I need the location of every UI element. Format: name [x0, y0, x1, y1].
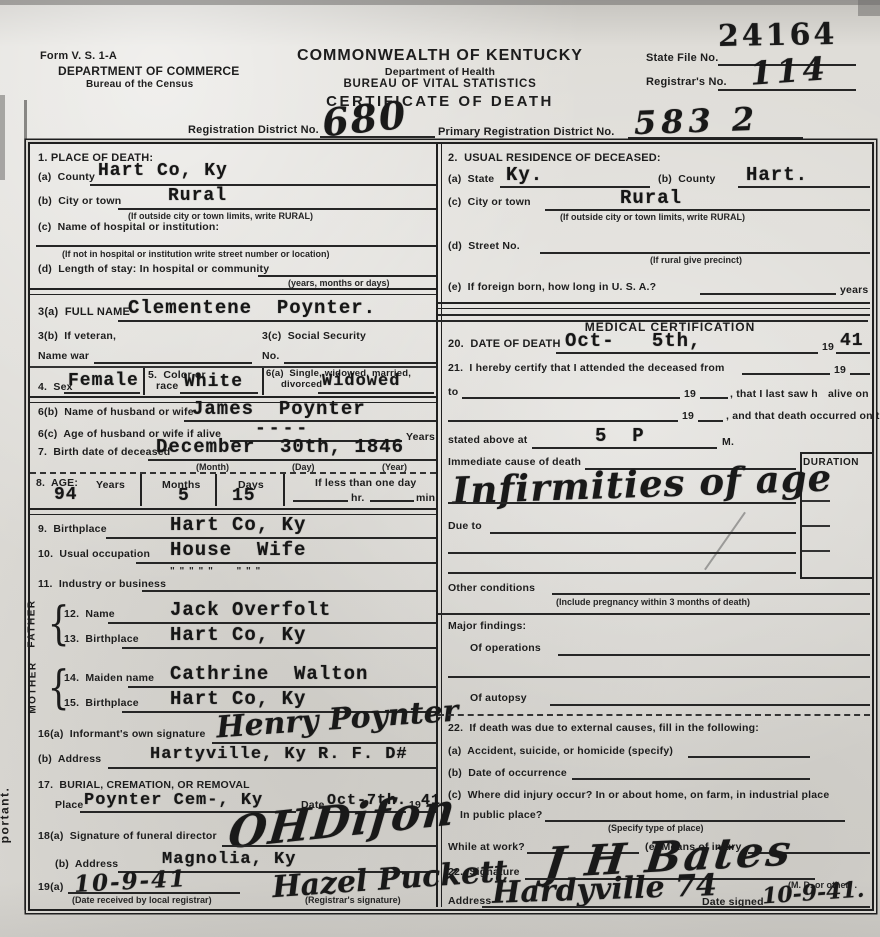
scan-artifact [858, 0, 880, 16]
birth-cap-year: (Year) [382, 462, 407, 472]
res-county-label: (b) County [658, 173, 716, 185]
certify-line1: 21. I hereby certify that I attended the… [448, 362, 725, 374]
external-a-line [688, 756, 810, 758]
date-of-death-year-prefix: 19 [822, 341, 834, 353]
date-of-death-line [556, 352, 818, 354]
father-side-label: FATHER [27, 599, 38, 647]
informant-sig-label: 16(a) Informant's own signature [38, 728, 206, 740]
divider [438, 302, 870, 309]
of-autopsy-label: Of autopsy [470, 692, 527, 704]
res-foreign-label: (e) If foreign born, how long in U. S. A… [448, 281, 656, 293]
res-street-line [540, 252, 870, 254]
registrar-date-caption: (Date received by local registrar) [72, 895, 212, 905]
certify-line3-blank [448, 420, 678, 422]
hospital-line [36, 245, 436, 247]
major-findings-label: Major findings: [448, 620, 526, 632]
color-label2: race [156, 380, 178, 392]
time-of-death-value: 5 P [595, 425, 645, 447]
occupation-label: 10. Usual occupation [38, 548, 150, 560]
ssn-label: 3(c) Social Security [262, 330, 366, 342]
full-name-label: 3(a) FULL NAME [38, 306, 130, 318]
industry-line [142, 590, 436, 592]
other-conditions-line [552, 593, 870, 595]
external-c2-label: In public place? [460, 809, 543, 821]
birthplace-label: 9. Birthplace [38, 523, 107, 535]
certify-line2-alive: alive on [828, 388, 869, 400]
ssn-line [284, 362, 436, 364]
primary-district-label: Primary Registration District No. [438, 126, 615, 138]
divider [438, 714, 870, 716]
primary-district-value: 583 2 [633, 100, 759, 142]
spouse-name-label: 6(b) Name of husband or wife [38, 406, 194, 418]
birth-date-value: December 30th, 1846 [156, 436, 404, 458]
due-to-label: Due to [448, 520, 482, 532]
bureau-of-vital-statistics: BUREAU OF VITAL STATISTICS [290, 78, 590, 90]
age-hr-line [293, 500, 348, 502]
of-operations-label: Of operations [470, 642, 541, 654]
occupation-value: House Wife [170, 539, 306, 561]
cell-divider [215, 474, 217, 506]
veteran-label: 3(b) If veteran, [38, 330, 116, 342]
stay-line [258, 275, 436, 277]
registration-district-value: 680 [320, 92, 410, 146]
age-less-label: If less than one day [315, 477, 416, 489]
burial-place-label: Place [55, 799, 83, 811]
birth-cap-month: (Month) [196, 462, 229, 472]
certify-line2-yearline [700, 397, 728, 399]
external-c2-line [545, 820, 845, 822]
res-state-value: Ky. [506, 164, 543, 186]
certify-line1-blank [742, 373, 830, 375]
scan-artifact [0, 0, 880, 5]
divider [30, 288, 436, 295]
informant-addr-line [108, 767, 436, 769]
form-code: Form V. S. 1-A [40, 50, 117, 62]
marital-value: Widowed [322, 372, 400, 391]
findings-line2 [448, 676, 870, 678]
stay-note: (years, months or days) [288, 278, 390, 288]
spouse-name-value: James Poynter [192, 398, 366, 420]
certify-line2-text: , that I last saw h [730, 388, 818, 400]
certify-line2-blank [462, 397, 680, 399]
birth-date-label: 7. Birth date of deceased [38, 446, 170, 458]
time-am-pm-label: M. [722, 436, 734, 448]
certify-line1-yearline [850, 373, 870, 375]
sex-value: Female [68, 371, 139, 391]
father-birthplace-value: Hart Co, Ky [170, 624, 306, 646]
marital-line [318, 392, 434, 394]
ssn-no-label: No. [262, 350, 280, 362]
funeral-sig-line [222, 845, 436, 847]
cause-line2 [448, 502, 796, 504]
county-value: Hart Co, Ky [98, 161, 228, 181]
registrar-sig-caption: (Registrar's signature) [305, 895, 401, 905]
scan-artifact [24, 100, 27, 910]
death-certificate-scan: portant. 24164 Form V. S. 1-A DEPARTMENT… [0, 0, 880, 937]
age-years-value: 94 [54, 485, 78, 505]
external-c-label: (c) Where did injury occur? In or about … [448, 789, 829, 801]
res-city-value: Rural [620, 187, 682, 209]
county-line [90, 184, 436, 186]
res-foreign-suffix: years [840, 284, 868, 296]
certify-line3-yearline [698, 420, 723, 422]
birthplace-value: Hart Co, Ky [170, 514, 306, 536]
divider [438, 613, 870, 615]
hospital-note: (If not in hospital or institution write… [62, 249, 330, 259]
other-conditions-label: Other conditions [448, 582, 535, 594]
city-line [118, 208, 436, 210]
age-hr-label: hr. [351, 492, 364, 504]
autopsy-line [550, 704, 870, 706]
city-value: Rural [168, 186, 227, 206]
burial-title: 17. BURIAL, CREMATION, OR REMOVAL [38, 779, 250, 791]
other-conditions-note: (Include pregnancy within 3 months of de… [556, 597, 750, 607]
informant-addr-value: Hartyville, Ky R. F. D# [150, 745, 408, 764]
external-causes-title: 22. If death was due to external causes,… [448, 722, 759, 734]
birth-cap-day: (Day) [292, 462, 315, 472]
color-value: White [184, 372, 243, 392]
mother-name-value: Cathrine Walton [170, 663, 368, 685]
res-city-note: (If outside city or town limits, write R… [560, 212, 745, 222]
certify-line2-to: to [448, 386, 458, 398]
registrar-no-value: 114 [749, 49, 830, 92]
res-county-line [738, 186, 870, 188]
external-b-label: (b) Date of occurrence [448, 767, 567, 779]
medical-box-top [438, 314, 870, 316]
department-of-health: Department of Health [290, 66, 590, 78]
date-of-death-label: 20. DATE OF DEATH [448, 338, 561, 350]
city-label: (b) City or town [38, 195, 121, 207]
certify-line1-year: 19 [834, 364, 846, 376]
res-city-label: (c) City or town [448, 196, 531, 208]
age-days-value: 15 [232, 486, 256, 506]
ditto-marks: " " " " " " " " [170, 566, 261, 577]
informant-addr-label: (b) Address [38, 753, 101, 765]
external-b-line [572, 778, 810, 780]
spouse-age-suffix: Years [406, 431, 435, 443]
registrar-date-line [68, 892, 240, 894]
certify-line2-year: 19 [684, 388, 696, 400]
color-line [180, 392, 258, 394]
hospital-label: (c) Name of hospital or institution: [38, 221, 219, 233]
res-county-value: Hart. [746, 164, 808, 186]
father-birthplace-label: 13. Birthplace [64, 633, 139, 645]
duration-cell-line [802, 525, 830, 527]
state-file-number-stamp: 24164 [718, 17, 838, 54]
residence-title: 2. USUAL RESIDENCE OF DECEASED: [448, 152, 661, 164]
full-name-value: Clementene Poynter. [128, 297, 376, 319]
county-label: (a) County [38, 171, 95, 183]
city-note: (If outside city or town limits, write R… [128, 211, 313, 221]
cell-divider [140, 474, 142, 506]
cell-divider [143, 368, 145, 395]
due-line3 [448, 572, 796, 574]
cell-divider [262, 368, 264, 395]
external-a-label: (a) Accident, suicide, or homicide (spec… [448, 745, 673, 757]
res-state-label: (a) State [448, 173, 494, 185]
father-name-label: 12. Name [64, 608, 115, 620]
informant-sig-line [212, 742, 436, 744]
stay-label: (d) Length of stay: In hospital or commu… [38, 263, 269, 275]
certify-line3-year: 19 [682, 410, 694, 422]
res-city-line [545, 209, 870, 211]
res-foreign-line [700, 293, 836, 295]
time-of-death-line [532, 447, 717, 449]
veteran-line [94, 362, 252, 364]
birth-date-line [148, 459, 436, 461]
state-file-no-label: State File No. [646, 52, 718, 64]
date-of-death-year-value: 41 [840, 331, 864, 351]
date-of-death-value: Oct- 5th, [565, 330, 701, 352]
date-of-death-year-line [836, 352, 870, 354]
operations-line [558, 654, 870, 656]
duration-cell-line [802, 550, 830, 552]
age-months-value: 5 [178, 486, 190, 506]
bureau-of-census: Bureau of the Census [86, 79, 193, 90]
registrar-no-label: Registrar's No. [646, 76, 727, 88]
due-line2 [448, 552, 796, 554]
veteran-namewar-label: Name war [38, 350, 89, 362]
department-of-commerce: DEPARTMENT OF COMMERCE [58, 64, 240, 78]
physician-addr-line [482, 906, 870, 908]
marital-label2: divorced [281, 379, 322, 390]
registration-district-label: Registration District No. [188, 124, 319, 136]
age-min-label: min. [416, 492, 438, 504]
industry-label: 11. Industry or business [38, 578, 166, 590]
divider [30, 472, 436, 474]
cell-divider [283, 474, 285, 506]
age-years-label: Years [96, 479, 125, 491]
stated-above-label: stated above at [448, 434, 527, 446]
funeral-sig-label: 18(a) Signature of funeral director [38, 830, 217, 842]
occupation-line [136, 562, 436, 564]
res-street-note: (If rural give precinct) [650, 255, 742, 265]
res-street-label: (d) Street No. [448, 240, 520, 252]
mother-name-label: 14. Maiden name [64, 672, 154, 684]
while-at-work-label: While at work? [448, 841, 525, 853]
scan-artifact [0, 95, 5, 180]
age-min-line [370, 500, 414, 502]
father-birthplace-line [122, 647, 436, 649]
mother-birthplace-label: 15. Birthplace [64, 697, 139, 709]
mother-side-label: MOTHER [28, 661, 39, 713]
father-name-value: Jack Overfolt [170, 599, 331, 621]
edge-vertical-text: portant. [0, 787, 11, 844]
due-to-line [490, 532, 796, 534]
certify-line3-text: , and that death occurred on the date [726, 410, 880, 422]
commonwealth-title: COMMONWEALTH OF KENTUCKY [290, 47, 590, 65]
sex-line [64, 392, 140, 394]
registrar-row-label: 19(a) [38, 881, 64, 893]
